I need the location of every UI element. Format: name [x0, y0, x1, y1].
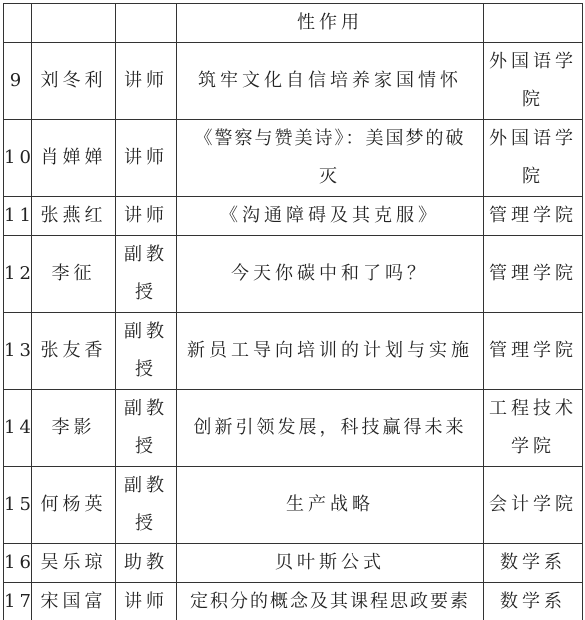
table-row: 13 张友香 副教 授 新员工导向培训的计划与实施 管理学院 — [4, 313, 583, 390]
cell-dept: 管理学院 — [484, 313, 583, 390]
cell-topic: 性作用 — [177, 4, 484, 43]
dept-line-2: 学院 — [484, 428, 582, 466]
cell-title: 讲师 — [116, 583, 177, 620]
dept-line-1: 工程技术 — [484, 390, 582, 428]
cell-topic: 新员工导向培训的计划与实施 — [177, 313, 484, 390]
cell-title: 副教 授 — [116, 390, 177, 467]
cell-dept: 外国语学 院 — [484, 43, 583, 120]
cell-name: 李影 — [32, 390, 116, 467]
cell-name: 张燕红 — [32, 197, 116, 236]
cell-dept: 外国语学 院 — [484, 120, 583, 197]
dept-line-2: 院 — [484, 81, 582, 119]
cell-title: 讲师 — [116, 197, 177, 236]
course-table: 性作用 9 刘冬利 讲师 筑牢文化自信培养家国情怀 外国语学 院 10 肖婵婵 … — [3, 3, 583, 620]
cell-dept: 工程技术 学院 — [484, 390, 583, 467]
cell-dept: 数学系 — [484, 583, 583, 620]
cell-dept: 数学系 — [484, 544, 583, 583]
cell-no: 13 — [4, 313, 32, 390]
cell-dept: 管理学院 — [484, 197, 583, 236]
cell-title: 副教 授 — [116, 313, 177, 390]
table-row: 11 张燕红 讲师 《沟通障碍及其克服》 管理学院 — [4, 197, 583, 236]
topic-line-2: 灭 — [177, 158, 483, 196]
cell-title: 副教 授 — [116, 467, 177, 544]
table-row: 15 何杨英 副教 授 生产战略 会计学院 — [4, 467, 583, 544]
cell-dept: 管理学院 — [484, 236, 583, 313]
table-row: 16 吴乐琼 助教 贝叶斯公式 数学系 — [4, 544, 583, 583]
title-line-2: 授 — [116, 428, 176, 466]
cell-topic: 今天你碳中和了吗？ — [177, 236, 484, 313]
cell-name: 肖婵婵 — [32, 120, 116, 197]
dept-line-1: 外国语学 — [484, 43, 582, 81]
cell-name: 吴乐琼 — [32, 544, 116, 583]
title-line-2: 授 — [116, 351, 176, 389]
title-line-2: 授 — [116, 505, 176, 543]
cell-name: 何杨英 — [32, 467, 116, 544]
cell-topic: 生产战略 — [177, 467, 484, 544]
title-line-1: 副教 — [116, 313, 176, 351]
cell-title: 讲师 — [116, 43, 177, 120]
cell-no: 12 — [4, 236, 32, 313]
cell-title: 讲师 — [116, 120, 177, 197]
cell-topic: 贝叶斯公式 — [177, 544, 484, 583]
cell-title — [116, 4, 177, 43]
title-line-1: 副教 — [116, 467, 176, 505]
title-line-1: 副教 — [116, 236, 176, 274]
table-row: 14 李影 副教 授 创新引领发展，科技赢得未来 工程技术 学院 — [4, 390, 583, 467]
table-row: 17 宋国富 讲师 定积分的概念及其课程思政要素 数学系 — [4, 583, 583, 620]
cell-name: 宋国富 — [32, 583, 116, 620]
dept-line-1: 外国语学 — [484, 120, 582, 158]
title-line-2: 授 — [116, 274, 176, 312]
cell-name: 李征 — [32, 236, 116, 313]
cell-dept — [484, 4, 583, 43]
cell-no: 11 — [4, 197, 32, 236]
table-row-continuation: 性作用 — [4, 4, 583, 43]
cell-title: 副教 授 — [116, 236, 177, 313]
cell-no — [4, 4, 32, 43]
cell-dept: 会计学院 — [484, 467, 583, 544]
cell-topic: 筑牢文化自信培养家国情怀 — [177, 43, 484, 120]
cell-topic: 《警察与赞美诗》：美国梦的破 灭 — [177, 120, 484, 197]
cell-no: 17 — [4, 583, 32, 620]
cell-name — [32, 4, 116, 43]
dept-line-2: 院 — [484, 158, 582, 196]
cell-no: 16 — [4, 544, 32, 583]
table-row: 10 肖婵婵 讲师 《警察与赞美诗》：美国梦的破 灭 外国语学 院 — [4, 120, 583, 197]
cell-no: 14 — [4, 390, 32, 467]
cell-topic: 定积分的概念及其课程思政要素 — [177, 583, 484, 620]
cell-no: 15 — [4, 467, 32, 544]
cell-name: 刘冬利 — [32, 43, 116, 120]
topic-text: 性作用 — [297, 12, 363, 33]
cell-name: 张友香 — [32, 313, 116, 390]
table-row: 9 刘冬利 讲师 筑牢文化自信培养家国情怀 外国语学 院 — [4, 43, 583, 120]
cell-topic: 创新引领发展，科技赢得未来 — [177, 390, 484, 467]
table-row: 12 李征 副教 授 今天你碳中和了吗？ 管理学院 — [4, 236, 583, 313]
cell-topic: 《沟通障碍及其克服》 — [177, 197, 484, 236]
title-line-1: 副教 — [116, 390, 176, 428]
topic-line-1: 《警察与赞美诗》：美国梦的破 — [177, 120, 483, 158]
cell-no: 9 — [4, 43, 32, 120]
cell-title: 助教 — [116, 544, 177, 583]
cell-no: 10 — [4, 120, 32, 197]
